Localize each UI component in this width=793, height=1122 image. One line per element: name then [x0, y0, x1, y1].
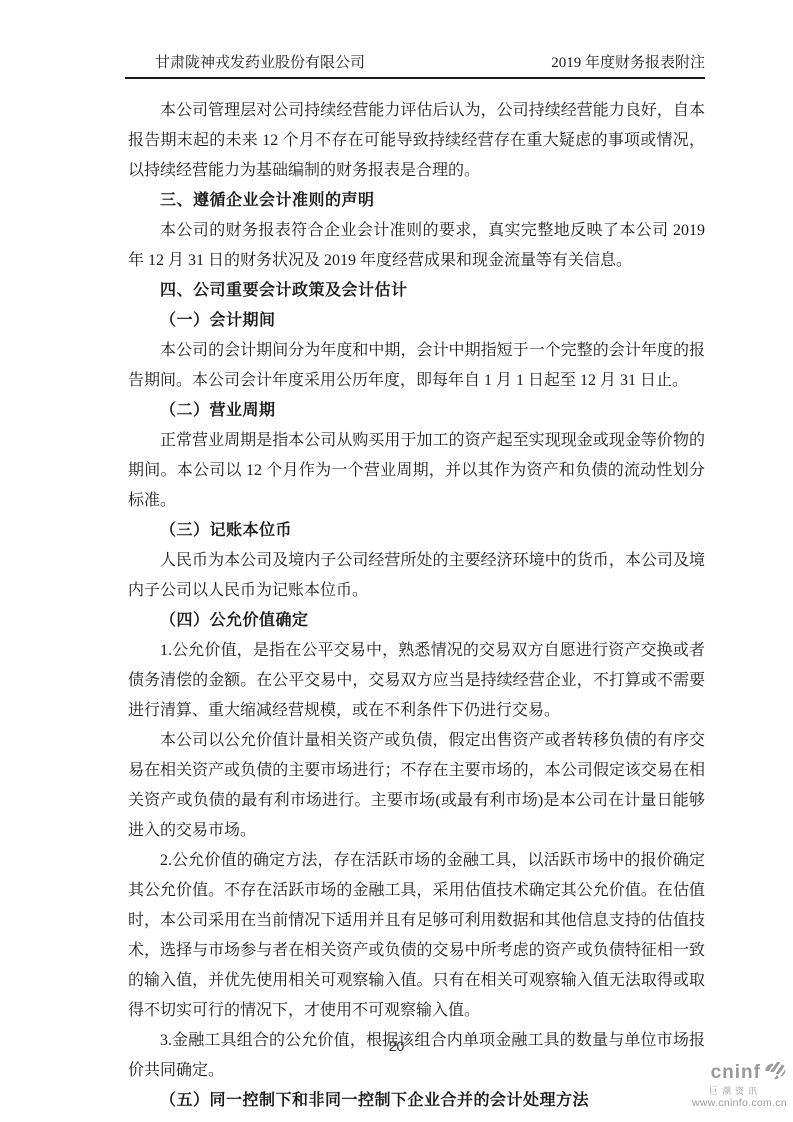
paragraph: 1.公允价值，是指在公平交易中，熟悉情况的交易双方自愿进行资产交换或者债务清偿的… — [128, 636, 705, 726]
section-heading: （三）记账本位币 — [128, 516, 705, 546]
cninfo-url: www.cninfo.com.cn — [637, 1098, 787, 1110]
section-heading: （四）公允价值确定 — [128, 606, 705, 636]
page-number: 20 — [0, 1038, 793, 1054]
section-heading: （一）会计期间 — [128, 306, 705, 336]
company-name: 甘肃陇神戎发药业股份有限公司 — [125, 54, 365, 72]
paragraph: 本公司管理层对公司持续经营能力评估后认为，公司持续经营能力良好，自本报告期末起的… — [128, 96, 705, 186]
paragraph: 本公司的会计期间分为年度和中期，会计中期指短于一个完整的会计年度的报告期间。本公… — [128, 336, 705, 396]
document-content: 本公司管理层对公司持续经营能力评估后认为，公司持续经营能力良好，自本报告期末起的… — [128, 96, 705, 1116]
paragraph: 2.公允价值的确定方法，存在活跃市场的金融工具，以活跃市场中的报价确定其公允价值… — [128, 846, 705, 1026]
cninfo-logo-row: cninf — [637, 1062, 787, 1086]
paragraph: 本公司的财务报表符合企业会计准则的要求，真实完整地反映了本公司 2019 年 1… — [128, 216, 705, 276]
section-heading: 三、遵循企业会计准则的声明 — [128, 186, 705, 216]
cninfo-logo-text: cninf — [711, 1063, 761, 1084]
cninfo-swirl-icon — [763, 1062, 787, 1086]
cninfo-chinese-name: 巨潮资讯 — [637, 1087, 787, 1097]
section-heading: 四、公司重要会计政策及会计估计 — [128, 276, 705, 306]
page-header: 甘肃陇神戎发药业股份有限公司 2019 年度财务报表附注 — [125, 44, 705, 79]
paragraph: 正常营业周期是指本公司从购买用于加工的资产起至实现现金或现金等价物的期间。本公司… — [128, 426, 705, 516]
cninfo-watermark: cninf 巨潮资讯 www.cninfo.com.cn — [637, 1062, 787, 1110]
paragraph: 本公司以公允价值计量相关资产或负债，假定出售资产或者转移负债的有序交易在相关资产… — [128, 726, 705, 846]
section-heading: （五）同一控制下和非同一控制下企业合并的会计处理方法 — [128, 1086, 705, 1116]
paragraph: 3.金融工具组合的公允价值，根据该组合内单项金融工具的数量与单位市场报价共同确定… — [128, 1026, 705, 1086]
section-heading: （二）营业周期 — [128, 396, 705, 426]
report-title: 2019 年度财务报表附注 — [551, 54, 705, 72]
document-page: 甘肃陇神戎发药业股份有限公司 2019 年度财务报表附注 本公司管理层对公司持续… — [0, 0, 793, 1122]
paragraph: 人民币为本公司及境内子公司经营所处的主要经济环境中的货币，本公司及境内子公司以人… — [128, 546, 705, 606]
